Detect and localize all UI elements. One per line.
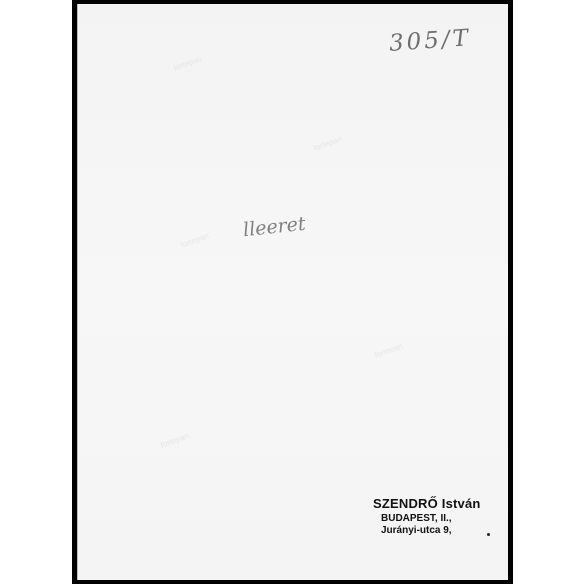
stamp-name: SZENDRŐ István: [373, 496, 513, 511]
watermark: fortepan: [179, 231, 210, 249]
watermark: fortepan: [373, 341, 404, 359]
paper-surface: fortepan fortepan fortepan fortepan fort…: [77, 4, 508, 580]
stamp-street: Jurányi-utca 9,: [373, 525, 513, 536]
photographer-stamp: SZENDRŐ István BUDAPEST, II., Jurányi-ut…: [373, 496, 513, 536]
photo-back-frame: fortepan fortepan fortepan fortepan fort…: [72, 0, 513, 584]
watermark: fortepan: [159, 431, 190, 449]
watermark: fortepan: [312, 134, 343, 152]
handwritten-note: lleeret: [242, 213, 307, 241]
ink-dot: [487, 533, 490, 536]
watermark: fortepan: [172, 54, 203, 72]
handwritten-reference-number: 305/T: [388, 25, 472, 57]
stamp-city: BUDAPEST, II.,: [373, 513, 513, 524]
